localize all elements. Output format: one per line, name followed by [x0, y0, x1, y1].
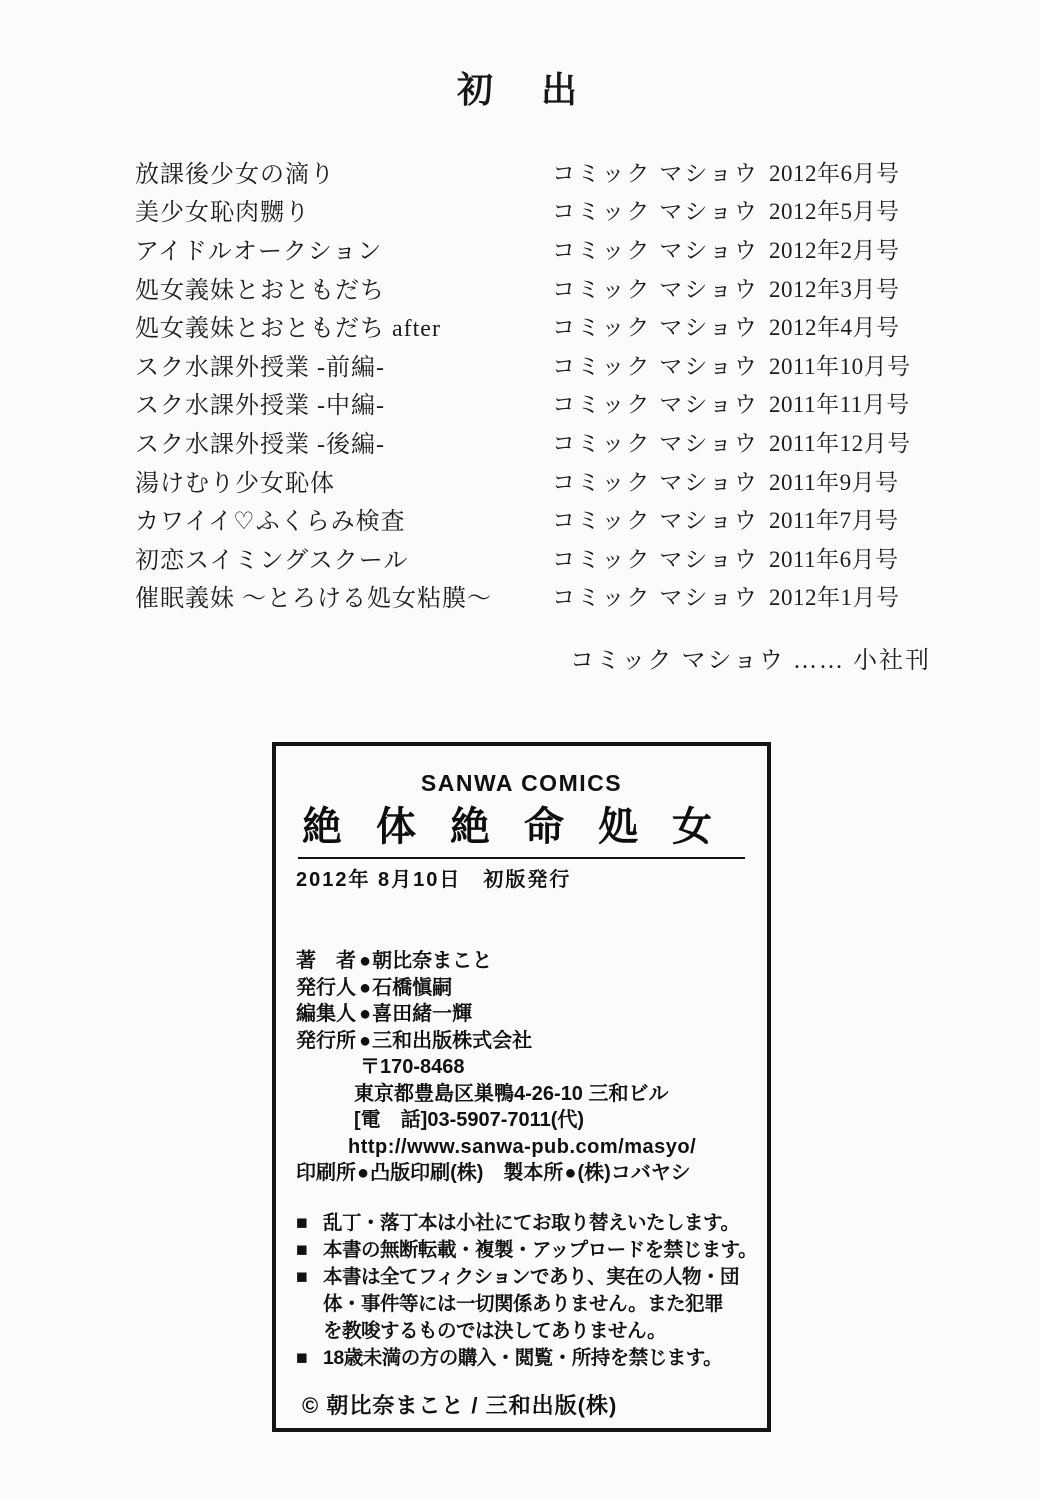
publisher-url: http://www.sanwa-pub.com/masyo/ — [354, 1134, 747, 1161]
chapter-title: アイドルオークション — [135, 231, 552, 266]
notice-continuation-line: 体・事件等には一切関係ありません。また犯罪 — [296, 1291, 747, 1318]
publication-row: カワイイ♡ふくらみ検査 コミック マショウ 2011年7月号 — [135, 499, 931, 538]
issue-date: 2012年1月号 — [769, 579, 931, 612]
publication-row: 湯けむり少女恥体 コミック マショウ 2011年9月号 — [135, 461, 931, 500]
legal-notices: ■ 乱丁・落丁本は小社にてお取り替えいたします。 ■ 本書の無断転載・複製・アッ… — [296, 1210, 747, 1372]
binder-value: (株)コバヤシ — [578, 1162, 691, 1184]
bullet-icon: ● — [564, 1162, 576, 1184]
chapter-title: スク水課外授業 -後編- — [135, 424, 552, 459]
notice-text: 体・事件等には一切関係ありません。また犯罪 — [323, 1291, 723, 1318]
credit-value: 朝比奈まこと — [372, 950, 492, 972]
publication-row: 放課後少女の滴り コミック マショウ 2012年6月号 — [135, 152, 931, 191]
bullet-icon: ● — [359, 977, 371, 999]
square-bullet-icon: ■ — [296, 1237, 323, 1264]
credit-publishing-house: 発行所●三和出版株式会社 — [296, 1028, 747, 1055]
square-bullet-icon: ■ — [296, 1345, 323, 1372]
notice-text: を教唆するものでは決してありません。 — [323, 1318, 666, 1345]
notice-continuation-line: を教唆するものでは決してありません。 — [296, 1318, 747, 1345]
issue-date: 2012年6月号 — [769, 155, 931, 188]
credit-label: 著 者 — [296, 948, 358, 975]
magazine-publisher-note: コミック マショウ …… 小社刊 — [135, 640, 931, 675]
issue-date: 2011年6月号 — [769, 541, 931, 574]
credit-label: 編集人 — [296, 1001, 358, 1028]
magazine-name: コミック マショウ — [552, 271, 769, 304]
credit-author: 著 者●朝比奈まこと — [296, 948, 747, 975]
magazine-name: コミック マショウ — [552, 502, 769, 535]
credit-value: 石橋愼嗣 — [372, 977, 452, 999]
printer-label: 印刷所 — [296, 1162, 356, 1184]
publication-row: 催眠義妹 ～とろける処女粘膜～ コミック マショウ 2012年1月号 — [135, 577, 931, 616]
publisher-address: 東京都豊島区巣鴨4-26-10 三和ビル — [354, 1081, 747, 1108]
notice-indent — [296, 1318, 323, 1345]
bullet-icon: ● — [359, 1003, 371, 1025]
edition-date: 2012年 8月10日 初版発行 — [296, 866, 747, 894]
magazine-name: コミック マショウ — [552, 464, 769, 497]
chapter-title: 処女義妹とおともだち — [135, 270, 552, 305]
colophon-box: SANWA COMICS 絶体絶命処女 2012年 8月10日 初版発行 著 者… — [272, 742, 771, 1432]
credit-editor: 編集人●喜田緒一輝 — [296, 1001, 747, 1028]
chapter-title: 処女義妹とおともだち after — [135, 308, 552, 343]
issue-date: 2012年3月号 — [769, 271, 931, 304]
chapter-title: スク水課外授業 -前編- — [135, 347, 552, 382]
imprint-brand: SANWA COMICS — [296, 770, 747, 796]
page-title: 初 出 — [0, 62, 1040, 113]
publication-row: スク水課外授業 -中編- コミック マショウ 2011年11月号 — [135, 384, 931, 423]
magazine-name: コミック マショウ — [552, 193, 769, 226]
notice-indent — [296, 1291, 323, 1318]
notice-text: 18歳未満の方の購入・閲覧・所持を禁じます。 — [323, 1345, 722, 1372]
square-bullet-icon: ■ — [296, 1210, 323, 1237]
credits-block: 著 者●朝比奈まこと 発行人●石橋愼嗣 編集人●喜田緒一輝 発行所●三和出版株式… — [296, 948, 747, 1187]
book-title: 絶体絶命処女 — [296, 804, 747, 850]
publication-row: 処女義妹とおともだち after コミック マショウ 2012年4月号 — [135, 306, 931, 345]
credit-value: 喜田緒一輝 — [372, 1003, 472, 1025]
chapter-title: スク水課外授業 -中編- — [135, 385, 552, 420]
credit-value: 三和出版株式会社 — [372, 1030, 532, 1052]
notice-text: 乱丁・落丁本は小社にてお取り替えいたします。 — [323, 1210, 739, 1237]
magazine-name: コミック マショウ — [552, 386, 769, 419]
chapter-title: カワイイ♡ふくらみ検査 — [135, 501, 552, 536]
issue-date: 2012年4月号 — [769, 309, 931, 342]
notice-line: ■ 乱丁・落丁本は小社にてお取り替えいたします。 — [296, 1210, 747, 1237]
publication-row: アイドルオークション コミック マショウ 2012年2月号 — [135, 229, 931, 268]
publisher-phone: [電 話]03-5907-7011(代) — [354, 1107, 747, 1134]
issue-date: 2011年9月号 — [769, 464, 931, 497]
chapter-title: 催眠義妹 ～とろける処女粘膜～ — [135, 578, 552, 613]
magazine-name: コミック マショウ — [552, 348, 769, 381]
chapter-title: 美少女恥肉嬲り — [135, 192, 552, 227]
title-underline — [298, 857, 745, 859]
chapter-title: 放課後少女の滴り — [135, 154, 552, 189]
printer-value: 凸版印刷(株) — [370, 1162, 483, 1184]
publication-row: 美少女恥肉嬲り コミック マショウ 2012年5月号 — [135, 191, 931, 230]
magazine-name: コミック マショウ — [552, 541, 769, 574]
credit-label: 発行人 — [296, 975, 358, 1002]
chapter-title: 初恋スイミングスクール — [135, 540, 552, 575]
publication-row: 処女義妹とおともだち コミック マショウ 2012年3月号 — [135, 268, 931, 307]
credit-publisher-person: 発行人●石橋愼嗣 — [296, 975, 747, 1002]
copyright-line: © 朝比奈まこと / 三和出版(株) — [296, 1392, 747, 1419]
publication-row: 初恋スイミングスクール コミック マショウ 2011年6月号 — [135, 538, 931, 577]
bullet-icon: ● — [359, 950, 371, 972]
first-publication-list: 放課後少女の滴り コミック マショウ 2012年6月号 美少女恥肉嬲り コミック… — [135, 152, 931, 615]
issue-date: 2012年2月号 — [769, 232, 931, 265]
issue-date: 2011年7月号 — [769, 502, 931, 535]
publication-row: スク水課外授業 -後編- コミック マショウ 2011年12月号 — [135, 422, 931, 461]
magazine-name: コミック マショウ — [552, 309, 769, 342]
bullet-icon: ● — [357, 1162, 369, 1184]
printing-credits: 印刷所●凸版印刷(株)製本所●(株)コバヤシ — [296, 1160, 747, 1187]
issue-date: 2011年12月号 — [769, 425, 931, 458]
issue-date: 2011年11月号 — [769, 386, 931, 419]
binder-label: 製本所 — [503, 1162, 563, 1184]
square-bullet-icon: ■ — [296, 1264, 323, 1291]
postal-code: 〒170-8468 — [354, 1054, 747, 1081]
publication-row: スク水課外授業 -前編- コミック マショウ 2011年10月号 — [135, 345, 931, 384]
magazine-name: コミック マショウ — [552, 579, 769, 612]
issue-date: 2011年10月号 — [769, 348, 931, 381]
magazine-name: コミック マショウ — [552, 425, 769, 458]
notice-line: ■ 本書の無断転載・複製・アップロードを禁じます。 — [296, 1237, 747, 1264]
credit-label: 発行所 — [296, 1028, 358, 1055]
magazine-name: コミック マショウ — [552, 155, 769, 188]
issue-date: 2012年5月号 — [769, 193, 931, 226]
bullet-icon: ● — [359, 1030, 371, 1052]
chapter-title: 湯けむり少女恥体 — [135, 463, 552, 498]
magazine-name: コミック マショウ — [552, 232, 769, 265]
notice-line: ■ 18歳未満の方の購入・閲覧・所持を禁じます。 — [296, 1345, 747, 1372]
notice-text: 本書の無断転載・複製・アップロードを禁じます。 — [323, 1237, 757, 1264]
notice-line: ■ 本書は全てフィクションであり、実在の人物・団 — [296, 1264, 747, 1291]
notice-text: 本書は全てフィクションであり、実在の人物・団 — [323, 1264, 739, 1291]
